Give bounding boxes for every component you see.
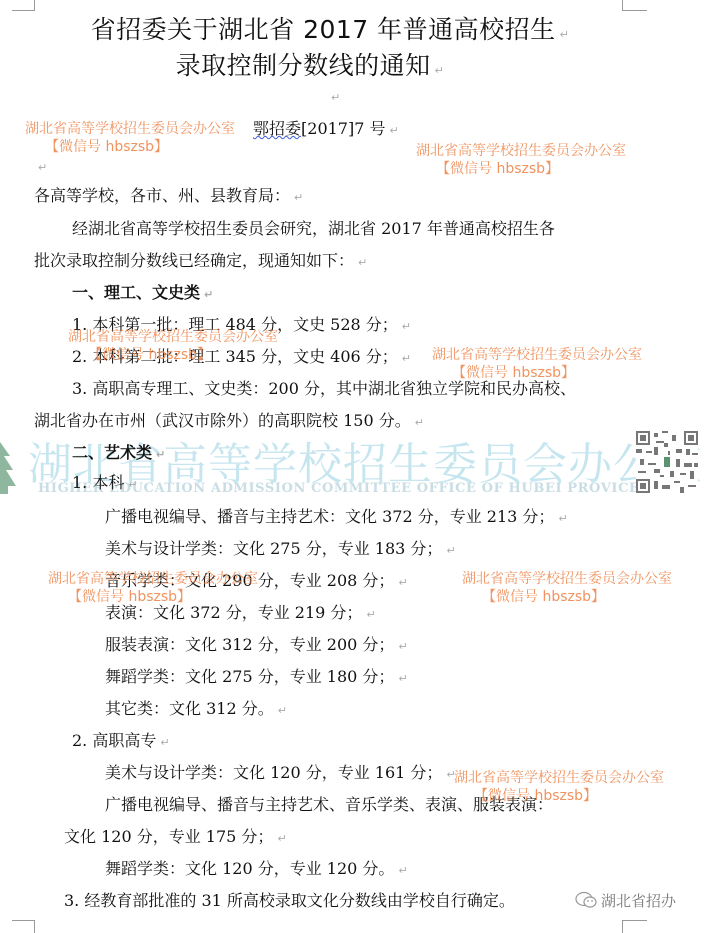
- empty-paragraph: ↵: [327, 86, 340, 105]
- section1-heading: 一、理工、文史类↵: [72, 280, 213, 303]
- watermark-orange: 湖北省高等学校招生委员会办公室【微信号 hbszsb】: [432, 346, 642, 382]
- tree-logo-icon: [0, 438, 16, 494]
- page-corner-mark: [622, 920, 647, 933]
- score-line: 美术与设计学类：文化 275 分，专业 183 分；↵: [105, 536, 456, 559]
- watermark-orange: 湖北省高等学校招生委员会办公室【微信号 hbszsb】: [454, 769, 664, 805]
- wechat-icon: [575, 891, 597, 913]
- score-line: 舞蹈学类：文化 275 分，专业 180 分；↵: [105, 664, 408, 687]
- wechat-account-watermark: 湖北省招办: [575, 890, 676, 913]
- empty-paragraph: ↵: [34, 156, 47, 175]
- section1-item-continuation: 湖北省办在市州（武汉市除外）的高职院校 150 分。↵: [34, 408, 424, 431]
- watermark-orange: 湖北省高等学校招生委员会办公室【微信号 hbszsb】: [462, 570, 672, 606]
- watermark-orange: 湖北省高等学校招生委员会办公室【微信号 hbszsb】: [48, 570, 258, 606]
- document-title-line2: 录取控制分数线的通知↵: [0, 46, 670, 82]
- score-line: 服装表演：文化 312 分，专业 200 分；↵: [105, 632, 408, 655]
- section2-sub1-heading: 1. 本科↵: [72, 470, 138, 493]
- score-line: 美术与设计学类：文化 120 分，专业 161 分；↵: [105, 760, 456, 783]
- score-line: 其它类：文化 312 分。↵: [105, 696, 287, 719]
- watermark-orange: 湖北省高等学校招生委员会办公室【微信号 hbszsb】: [25, 120, 235, 156]
- section2-sub2-heading: 2. 高职高专↵: [72, 728, 170, 751]
- page-corner-mark: [12, 920, 35, 933]
- section2-heading: 二、艺术类↵: [72, 440, 165, 463]
- section2-item3: 3. 经教育部批准的 31 所高校录取文化分数线由学校自行确定。: [64, 888, 515, 911]
- score-line: 舞蹈学类：文化 120 分，专业 120 分。↵: [105, 856, 408, 879]
- document-title-line1: 省招委关于湖北省 2017 年普通高校招生↵: [0, 10, 690, 46]
- intro-paragraph-line1: 经湖北省高等学校招生委员会研究，湖北省 2017 年普通高校招生各: [72, 216, 555, 239]
- score-line-continuation: 文化 120 分，专业 175 分；↵: [64, 824, 287, 847]
- qr-code-icon: [636, 431, 698, 493]
- salutation: 各高等学校，各市、州、县教育局：↵: [34, 183, 303, 206]
- watermark-orange: 湖北省高等学校招生委员会办公室【微信号 hbszsb】: [68, 328, 278, 364]
- document-number: 鄂招委[2017]7 号↵: [253, 116, 399, 139]
- score-line: 广播电视编导、播音与主持艺术：文化 372 分，专业 213 分；↵: [105, 504, 568, 527]
- watermark-orange: 湖北省高等学校招生委员会办公室【微信号 hbszsb】: [416, 142, 626, 178]
- intro-paragraph-line2: 批次录取控制分数线已经确定，现通知如下：↵: [34, 248, 367, 271]
